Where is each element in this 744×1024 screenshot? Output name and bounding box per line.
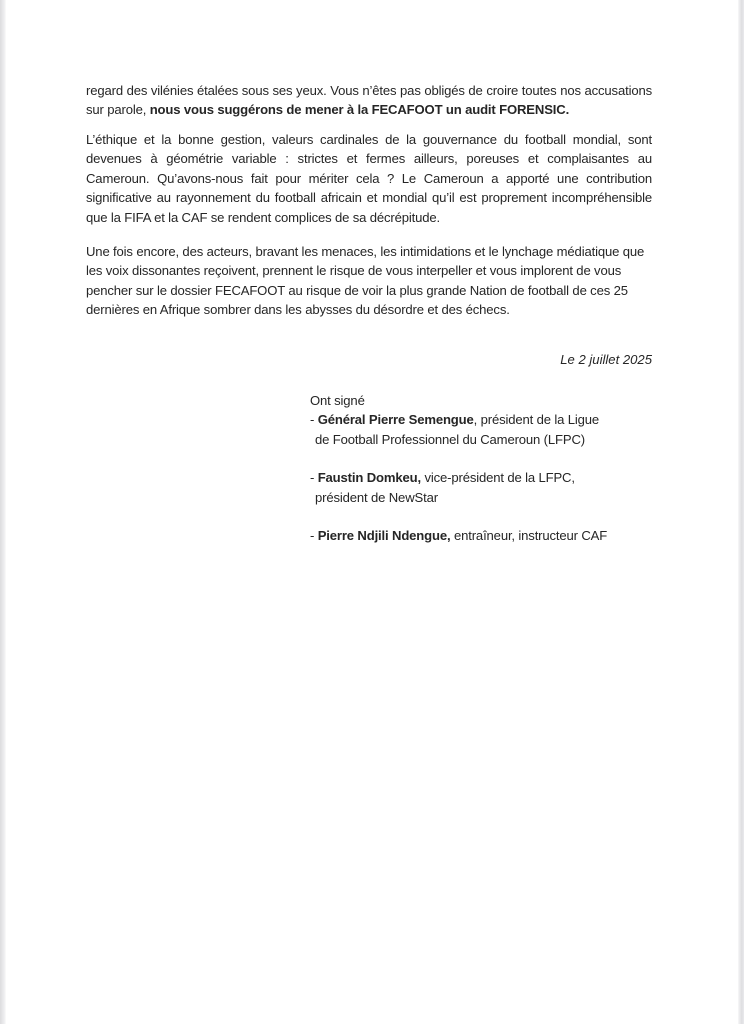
signatory: - Faustin Domkeu, vice-président de la L… <box>310 468 670 507</box>
signatory-role: vice-président de la LFPC, <box>424 470 574 485</box>
paragraph-audit-request: regard des vilénies étalées sous ses yeu… <box>86 81 652 120</box>
letter-date: Le 2 juillet 2025 <box>560 352 652 367</box>
signatory-name: Général Pierre Semengue <box>318 412 474 427</box>
signatory-role: entraîneur, instructeur CAF <box>454 528 607 543</box>
page-edge-right <box>738 0 744 1024</box>
signatory-role-continued: président de NewStar <box>310 488 670 507</box>
page-edge-left <box>0 0 6 1024</box>
signatory-name: Pierre Ndjili Ndengue, <box>318 528 451 543</box>
paragraph-ethics: L’éthique et la bonne gestion, valeurs c… <box>86 130 652 227</box>
signatures-heading: Ont signé <box>310 391 670 410</box>
paragraph-bold-text: nous vous suggérons de mener à la FECAFO… <box>150 102 569 117</box>
signatory-dash: - <box>310 470 318 485</box>
signatory-name: Faustin Domkeu, <box>318 470 421 485</box>
document-page: regard des vilénies étalées sous ses yeu… <box>0 0 744 1024</box>
paragraph-appeal: Une fois encore, des acteurs, bravant le… <box>86 242 652 320</box>
signatory: - Général Pierre Semengue, président de … <box>310 410 670 449</box>
signatory-role: président de la Ligue <box>481 412 599 427</box>
signatory-role-continued: de Football Professionnel du Cameroun (L… <box>310 430 670 449</box>
signatory-dash: - <box>310 412 318 427</box>
signatures-block: Ont signé - Général Pierre Semengue, pré… <box>310 391 670 564</box>
signatory-dash: - <box>310 528 318 543</box>
signatory-separator: , <box>474 412 481 427</box>
signatory: - Pierre Ndjili Ndengue, entraîneur, ins… <box>310 526 670 545</box>
